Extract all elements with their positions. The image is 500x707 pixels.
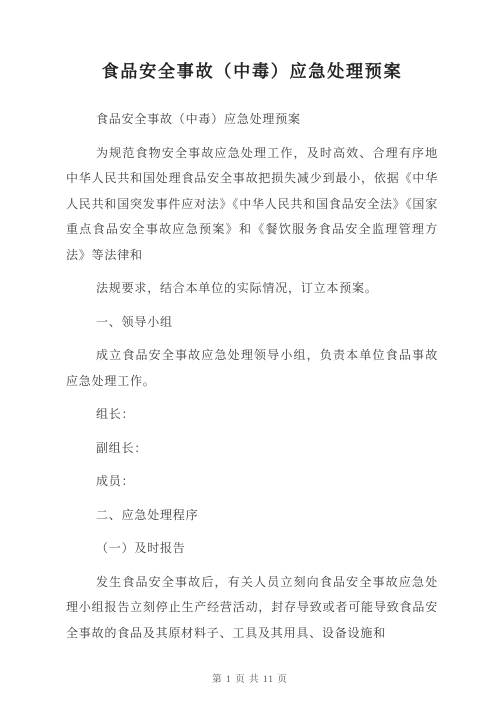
section-2-heading: 二、应急处理程序: [66, 503, 438, 529]
section-1-heading: 一、领导小组: [66, 310, 438, 336]
intro-continuation-paragraph: 法规要求，结合本单位的实际情况，订立本预案。: [66, 276, 438, 302]
document-title: 食品安全事故（中毒）应急处理预案: [66, 58, 438, 85]
subsection-2-1-heading: （一）及时报告: [66, 536, 438, 562]
document-page: 食品安全事故（中毒）应急处理预案 食品安全事故（中毒）应急处理预案 为规范食物安…: [0, 0, 500, 707]
page-number-footer: 第 1 页 共 11 页: [0, 671, 500, 685]
section-1-paragraph: 成立食品安全事故应急处理领导小组，负责本单位食品事故应急处理工作。: [66, 343, 438, 394]
document-content: 食品安全事故（中毒）应急处理预案 食品安全事故（中毒）应急处理预案 为规范食物安…: [0, 0, 500, 646]
subtitle-paragraph: 食品安全事故（中毒）应急处理预案: [66, 107, 438, 133]
deputy-group-leader-field: 副组长：: [66, 436, 438, 462]
members-field: 成员：: [66, 469, 438, 495]
subsection-2-1-paragraph: 发生食品安全事故后，有关人员立刻向食品安全事故应急处理小组报告立刻停止生产经营活…: [66, 570, 438, 647]
intro-paragraph: 为规范食物安全事故应急处理工作，及时高效、合理有序地中华人民共和国处理食品安全事…: [66, 141, 438, 269]
group-leader-field: 组长：: [66, 402, 438, 428]
